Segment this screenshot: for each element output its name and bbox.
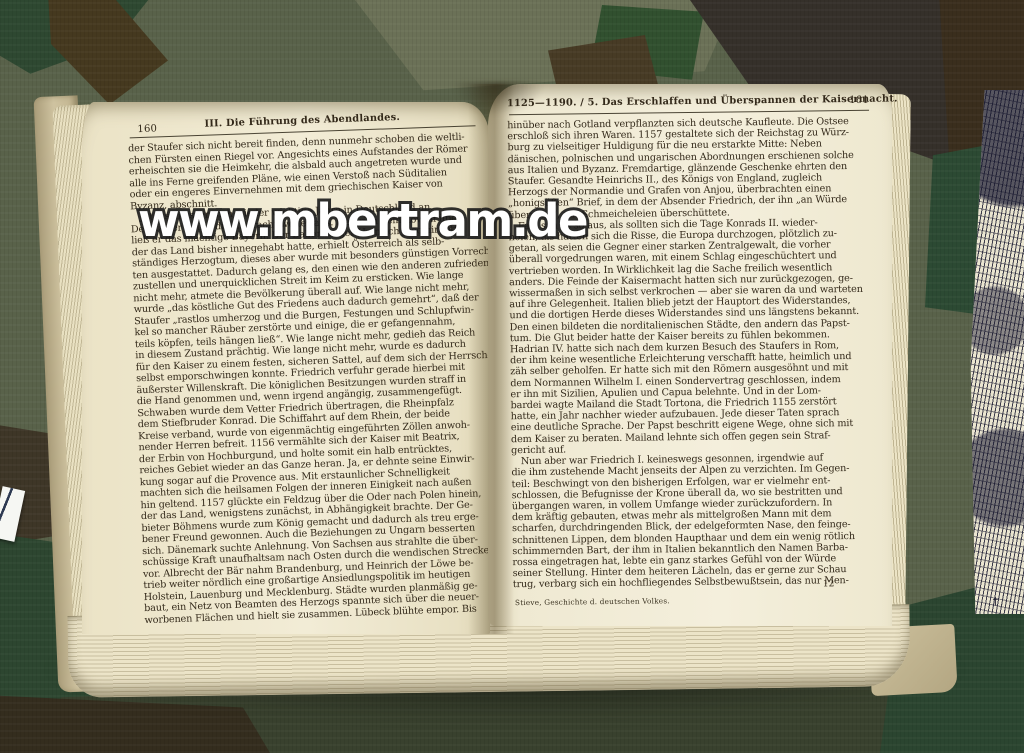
watermark-text: www.mbertram.de	[138, 194, 510, 248]
sheet-signature-number: 12	[823, 579, 835, 589]
right-page-number: 161	[849, 95, 869, 106]
left-running-title: III. Die Führung des Abendlandes.	[127, 109, 477, 132]
spine-gutter-shadow	[468, 84, 514, 634]
left-page-content: 160 III. Die Führung des Abendlandes. de…	[75, 95, 501, 641]
top-gutter-shadow	[452, 82, 544, 116]
photo-of-open-book: 160 III. Die Führung des Abendlandes. de…	[0, 0, 1024, 753]
book-footer-imprint: Stieve, Geschichte d. deutschen Volkes.	[515, 596, 670, 607]
right-page-content: 1125—1190. / 5. Das Erschlaffen und Über…	[485, 82, 896, 629]
right-page: 1125—1190. / 5. Das Erschlaffen und Über…	[488, 84, 892, 626]
left-page-number: 160	[137, 123, 157, 135]
cross-icon: †	[993, 595, 999, 608]
right-page-body-text: hinüber nach Gotland verpflanzten sich d…	[507, 116, 877, 591]
left-page: 160 III. Die Führung des Abendlandes. de…	[82, 102, 490, 634]
right-running-title: 1125—1190. / 5. Das Erschlaffen und Über…	[507, 94, 871, 109]
watermark: www.mbertram.de www.mbertram.de	[138, 194, 510, 248]
